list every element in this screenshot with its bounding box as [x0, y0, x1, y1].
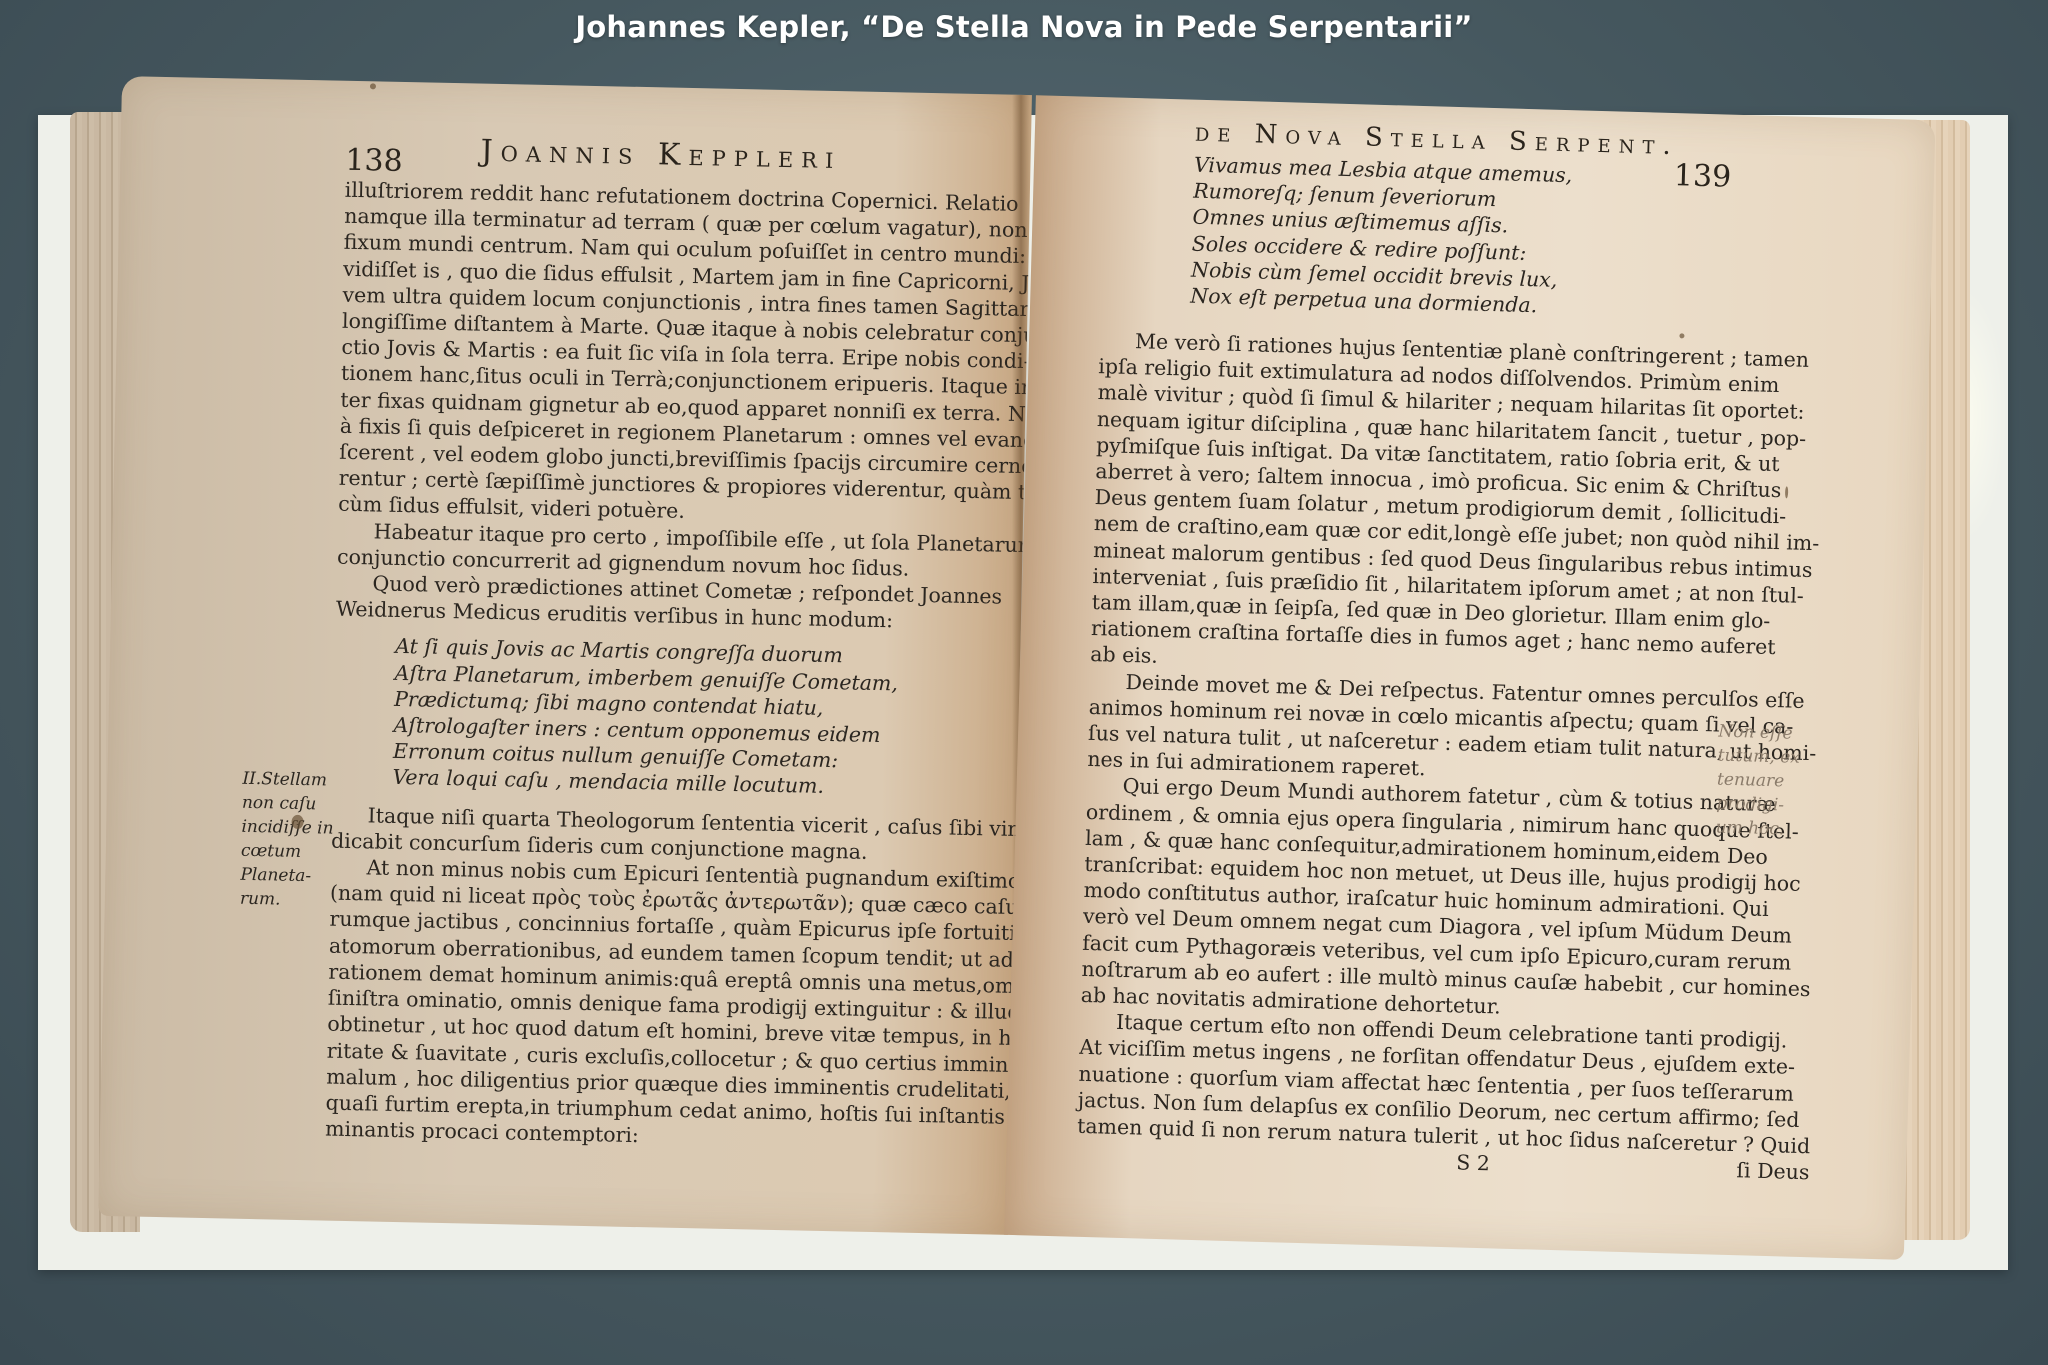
- paper-stain: [370, 83, 376, 89]
- margin-note-right: Non eſſe tutum, ex tenuare prodigi- um h…: [1715, 720, 1800, 842]
- running-head-left: Joannis Keppleri: [480, 134, 841, 177]
- margin-note-line: cœtum: [241, 839, 334, 865]
- margin-note-line: tenuare: [1717, 768, 1800, 794]
- margin-note-line: prodigi-: [1716, 792, 1799, 818]
- catchword-right: ſi Deus: [1736, 1158, 1810, 1186]
- margin-note-line: incidiſſe in: [241, 815, 334, 841]
- photo-caption: Johannes Kepler, “De Stella Nova in Pede…: [0, 10, 2048, 44]
- right-text-body: Vivamus mea Lesbia atque amemus, Rumoreſ…: [1189, 152, 1572, 340]
- margin-note-line: tutum, ex: [1717, 744, 1800, 770]
- margin-note-line: um hoc.: [1715, 815, 1798, 841]
- margin-note-line: non caſu: [242, 791, 335, 817]
- margin-note-line: rum.: [240, 887, 333, 913]
- left-text-body: illuſtriorem reddit hanc refutationem do…: [324, 177, 1032, 1186]
- margin-note-line: Planeta-: [240, 863, 333, 889]
- margin-note-line: Non eſſe: [1718, 720, 1801, 746]
- right-page: de Nova Stella Serpent. 139 Vivamus mea …: [1004, 95, 1935, 1260]
- margin-note-line: II.Stellam: [242, 767, 335, 793]
- margin-note-left: II.Stellam non caſu incidiſſe in cœtum P…: [240, 767, 335, 913]
- page-number-left: 138: [345, 143, 403, 179]
- left-page: 138 Joannis Keppleri illuſtriorem reddit…: [98, 76, 1032, 1235]
- paper-stain: [1679, 333, 1684, 338]
- page-number-right: 139: [1673, 158, 1731, 195]
